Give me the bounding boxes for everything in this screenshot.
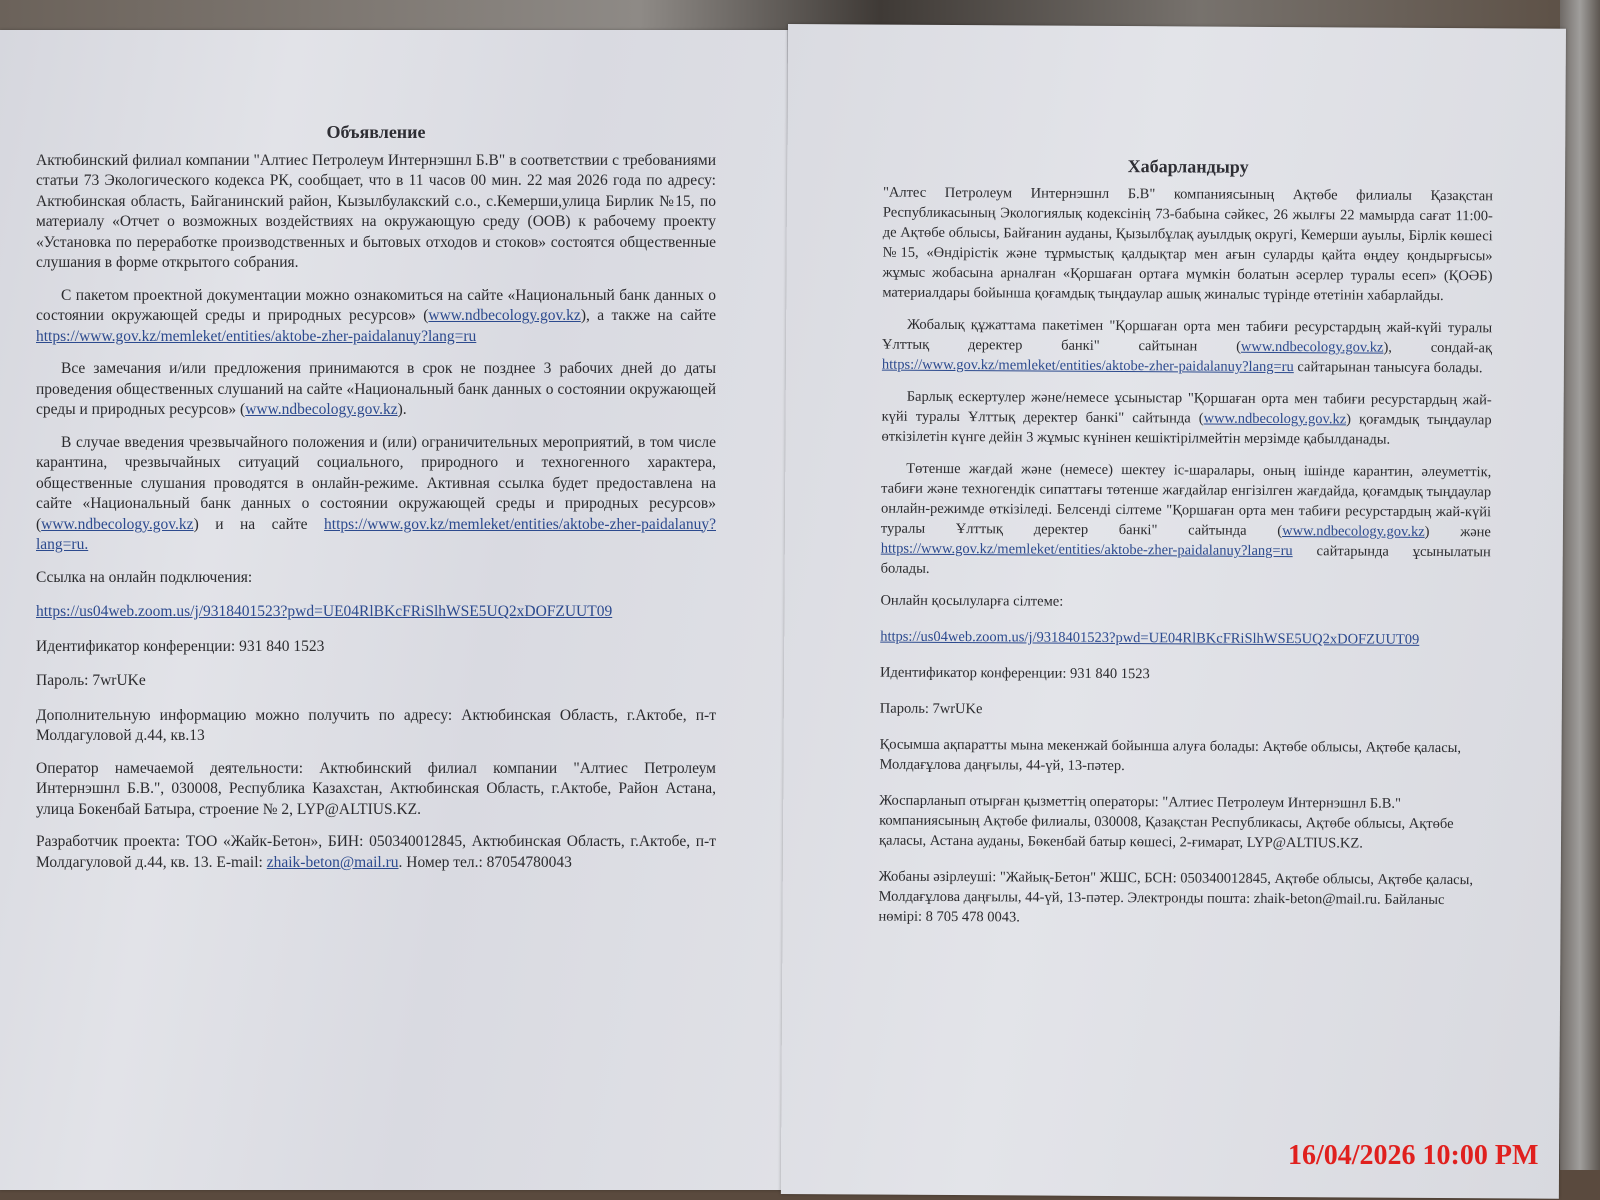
documentation-paragraph: Жобалық құжаттама пакетімен "Қоршаған ор… <box>882 315 1492 379</box>
intro-paragraph: Актюбинский филиал компании "Алтиес Петр… <box>36 151 716 274</box>
page-title: Объявление <box>36 122 716 143</box>
ndbecology-link[interactable]: www.ndbecology.gov.kz <box>245 401 397 418</box>
announcement-content-ru: Объявление Актюбинский филиал компании "… <box>36 122 716 885</box>
zoom-link[interactable]: https://us04web.zoom.us/j/9318401523?pwd… <box>36 603 612 620</box>
extra-info: Қосымша ақпаратты мына мекенжай бойынша … <box>879 735 1489 779</box>
developer-info: Жобаны әзірлеуші: "Жайық-Бетон" ЖШС, БСН… <box>878 867 1488 931</box>
zoom-link-line: https://us04web.zoom.us/j/9318401523?pwd… <box>880 627 1490 651</box>
announcement-page-kazakh: Хабарландыру "Алтес Петролеум Интернэшнл… <box>781 24 1566 1199</box>
extra-info: Дополнительную информацию можно получить… <box>36 706 716 747</box>
intro-paragraph: "Алтес Петролеум Интернэшнл Б.В" компани… <box>882 183 1493 307</box>
online-label: Ссылка на онлайн подключения: <box>36 568 716 589</box>
ndbecology-link[interactable]: www.ndbecology.gov.kz <box>1204 411 1347 428</box>
comments-paragraph: Все замечания и/или предложения принимаю… <box>36 359 716 421</box>
conference-id: Идентификатор конференции: 931 840 1523 <box>36 637 716 658</box>
ndbecology-link[interactable]: www.ndbecology.gov.kz <box>1282 523 1425 540</box>
gov-kz-link[interactable]: https://www.gov.kz/memleket/entities/akt… <box>881 541 1293 560</box>
developer-info: Разработчик проекта: ТОО «Жайк-Бетон», Б… <box>36 832 716 873</box>
online-label: Онлайн қосылуларға сілтеме: <box>880 591 1490 615</box>
developer-email-link[interactable]: zhaik-beton@mail.ru <box>267 854 399 871</box>
announcement-content-kz: Хабарландыру "Алтес Петролеум Интернэшнл… <box>878 155 1493 947</box>
conference-password: Пароль: 7wrUKe <box>36 671 716 692</box>
gov-kz-link[interactable]: https://www.gov.kz/memleket/entities/akt… <box>36 328 476 345</box>
background-wall-right <box>1560 0 1600 1200</box>
gov-kz-link[interactable]: https://www.gov.kz/memleket/entities/akt… <box>882 357 1294 376</box>
conference-id: Идентификатор конференции: 931 840 1523 <box>880 663 1490 687</box>
documentation-paragraph: С пакетом проектной документации можно о… <box>36 286 716 348</box>
emergency-paragraph: Төтенше жағдай және (немесе) шектеу іс-ш… <box>881 459 1492 583</box>
page-title: Хабарландыру <box>883 155 1493 179</box>
operator-info: Жоспарланып отырған қызметтің операторы:… <box>879 791 1489 855</box>
ndbecology-link[interactable]: www.ndbecology.gov.kz <box>428 307 580 324</box>
ndbecology-link[interactable]: www.ndbecology.gov.kz <box>1241 339 1384 356</box>
zoom-link[interactable]: https://us04web.zoom.us/j/9318401523?pwd… <box>880 629 1419 648</box>
zoom-link-line: https://us04web.zoom.us/j/9318401523?pwd… <box>36 602 716 623</box>
conference-password: Пароль: 7wrUKe <box>880 699 1490 723</box>
emergency-paragraph: В случае введения чрезвычайного положени… <box>36 433 716 556</box>
comments-paragraph: Барлық ескертулер және/немесе ұсыныстар … <box>881 387 1491 451</box>
photo-timestamp: 16/04/2026 10:00 PM <box>1288 1140 1538 1172</box>
operator-info: Оператор намечаемой деятельности: Актюби… <box>36 759 716 821</box>
ndbecology-link[interactable]: www.ndbecology.gov.kz <box>41 516 193 533</box>
announcement-page-russian: Объявление Актюбинский филиал компании "… <box>0 30 790 1190</box>
